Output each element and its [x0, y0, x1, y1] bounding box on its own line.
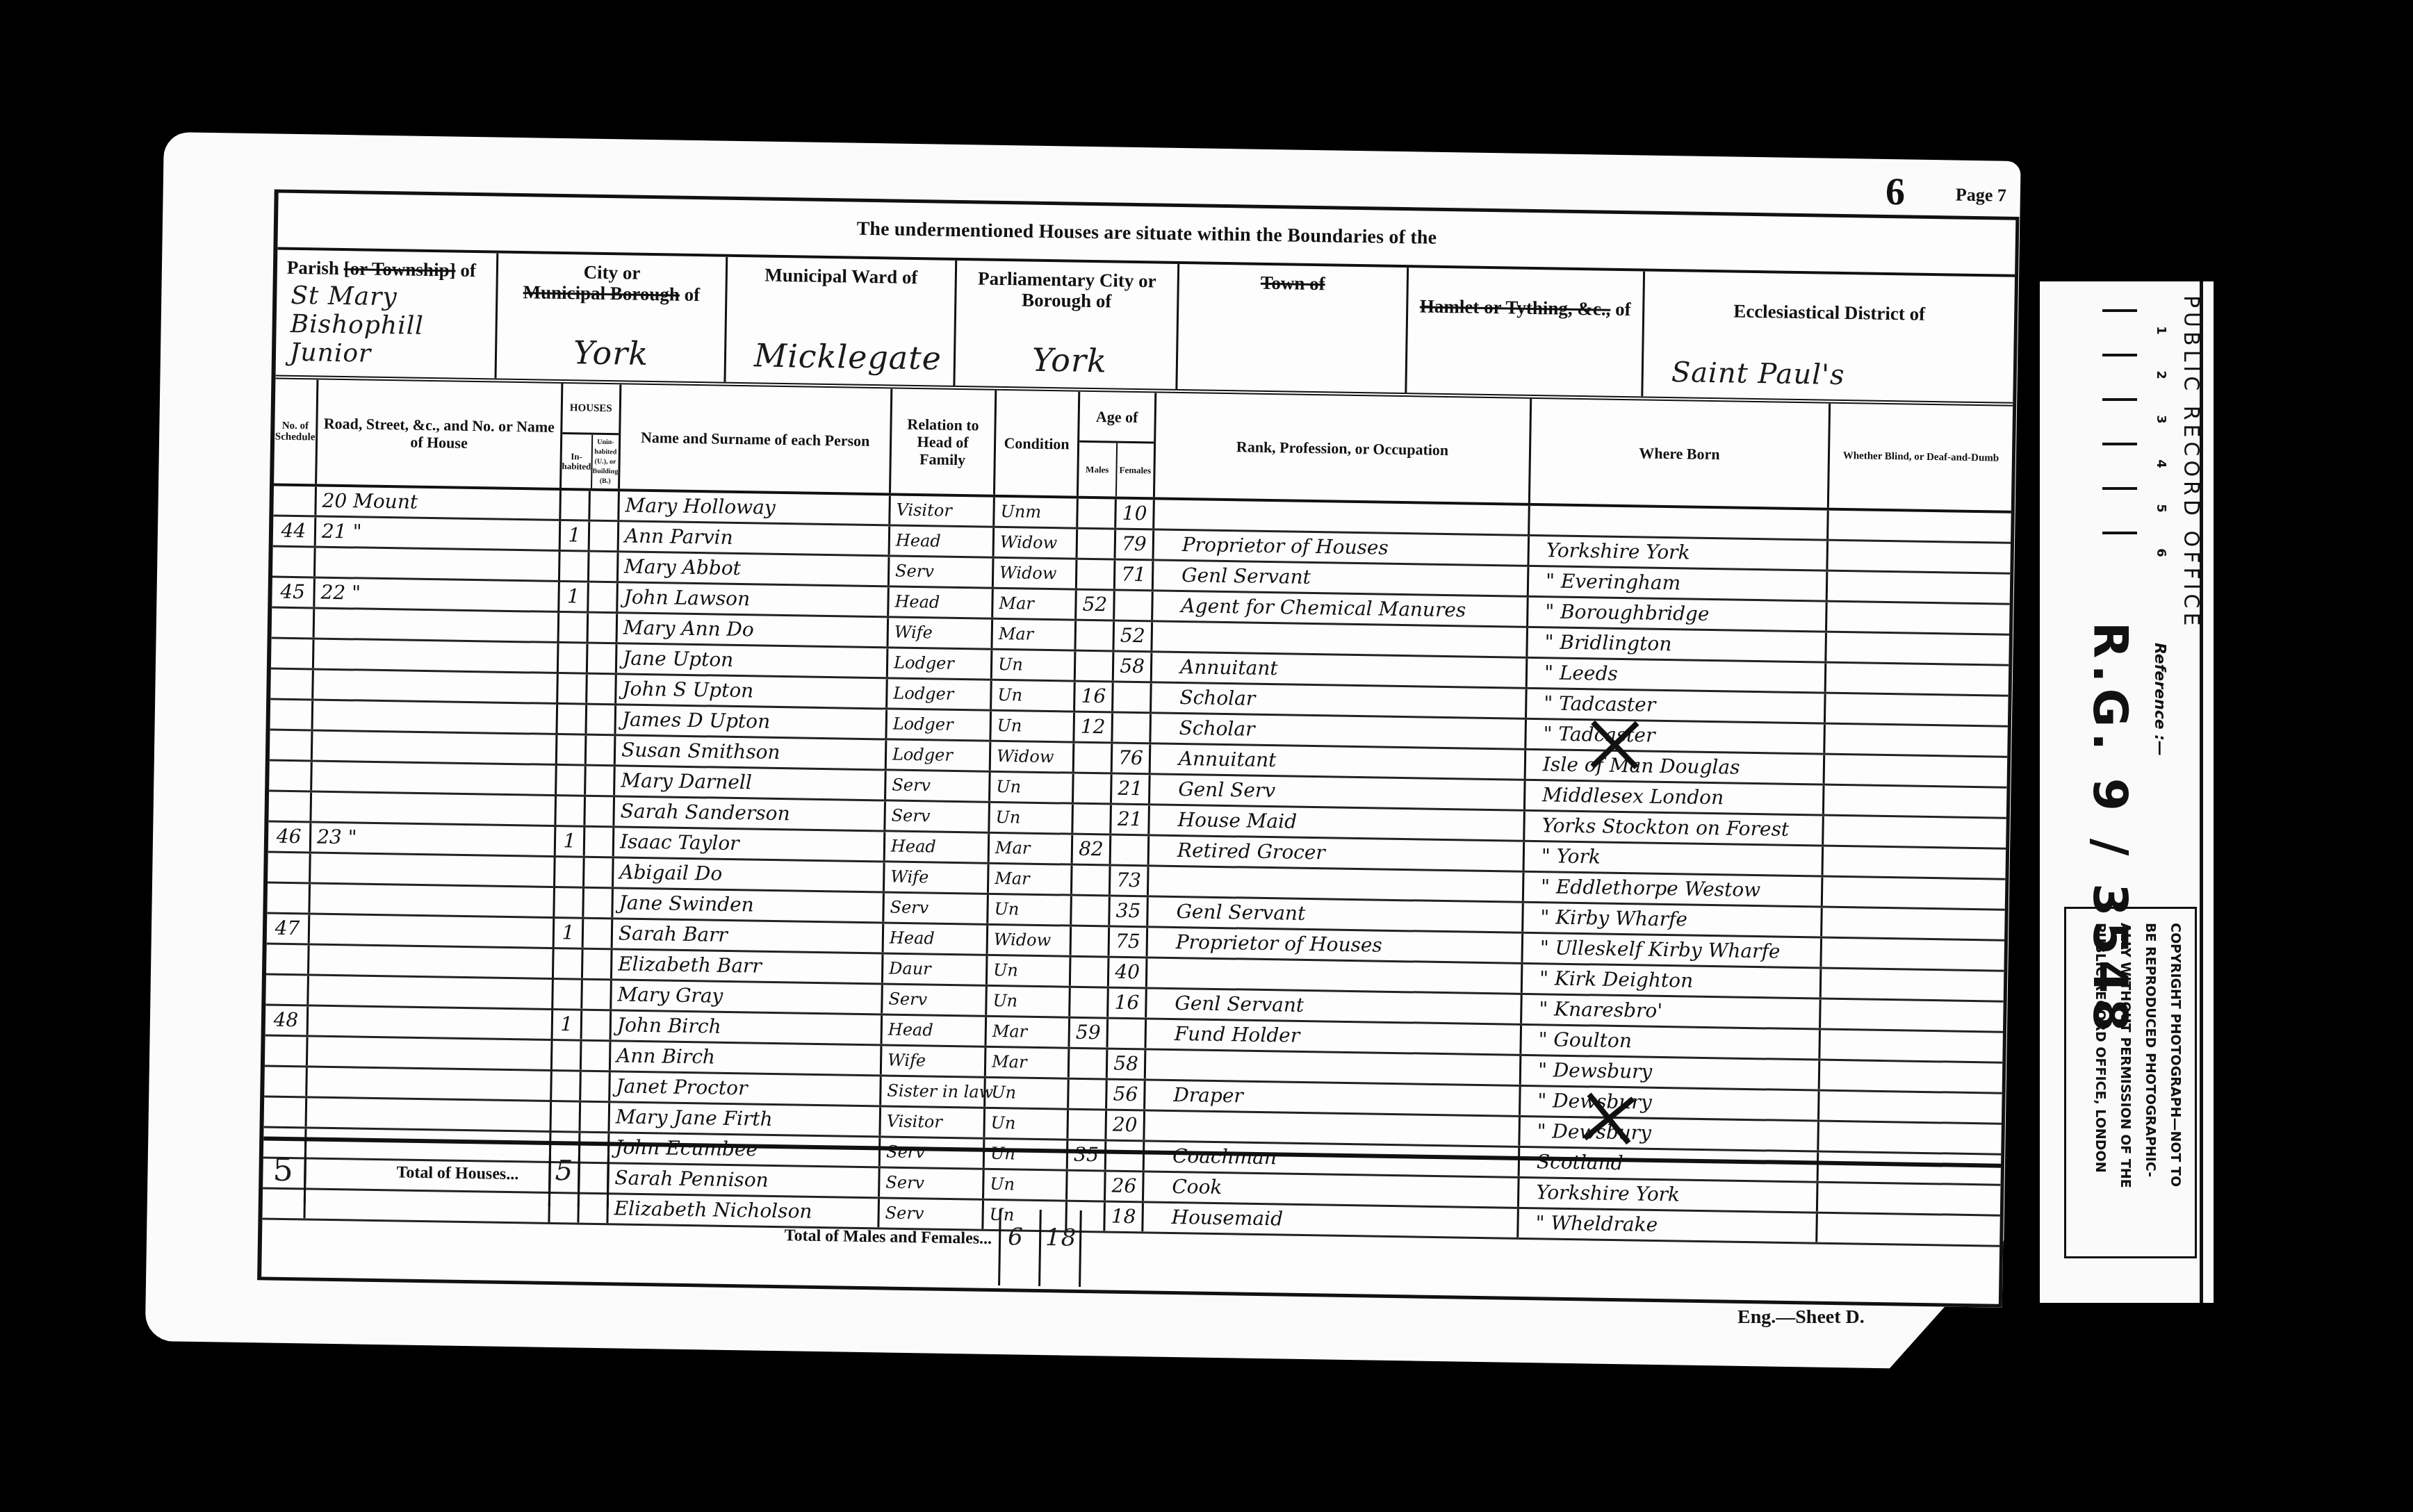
- blind-deaf-dumb: [1826, 694, 2009, 725]
- blind-deaf-dumb: [1828, 572, 2011, 603]
- person-name: Mary Abbot: [619, 552, 890, 585]
- ruler-label: 4: [2154, 459, 2168, 468]
- header-uninhabited: Unin-habited (U.), or Building (B.): [591, 435, 619, 489]
- birthplace: " Kirk Deighton: [1523, 964, 1822, 998]
- road-address: [313, 670, 559, 702]
- schedule-number: [267, 883, 311, 912]
- road-address: [311, 853, 556, 886]
- house-uninhabited: [587, 705, 616, 734]
- copyright-line: BE REPRODUCED PHOTOGRAPHIC-: [2138, 923, 2163, 1188]
- birthplace: Middlesex London: [1525, 781, 1825, 814]
- total-schedules: 5: [272, 1151, 294, 1188]
- reference-label: Reference :—: [2151, 643, 2168, 756]
- blind-deaf-dumb: [1822, 939, 2004, 970]
- house-uninhabited: [584, 889, 614, 918]
- ruler-tick: [2102, 398, 2137, 401]
- person-name: Mary Gray: [612, 980, 883, 1013]
- reference-strip-frame: PUBLIC RECORD OFFICE 123456 Reference :—…: [2054, 281, 2203, 1303]
- road-address: [311, 792, 557, 825]
- houses-inhabited-cell: 5: [550, 1145, 580, 1207]
- occupation: Fund Holder: [1146, 1019, 1522, 1053]
- city-label: City or Municipal Borough of: [507, 261, 716, 306]
- marital-condition: Mar: [986, 1017, 1070, 1047]
- header-name: Name and Surname of each Person: [620, 384, 892, 493]
- age-female: 16: [1109, 989, 1147, 1018]
- person-name: John Birch: [612, 1011, 883, 1044]
- blind-deaf-dumb: [1820, 1030, 2003, 1062]
- person-name: John S Upton: [616, 675, 888, 707]
- age-male: 52: [1077, 591, 1115, 620]
- marital-condition: Widow: [988, 926, 1072, 955]
- schedule-number: [271, 639, 315, 668]
- blind-deaf-dumb: [1825, 755, 2008, 787]
- town-cell: Town of: [1177, 264, 1409, 393]
- house-inhabited: [553, 1041, 582, 1070]
- schedule-number: 44: [273, 517, 317, 546]
- age-male: [1073, 805, 1112, 834]
- house-inhabited: [561, 491, 591, 520]
- marital-condition: Un: [988, 956, 1072, 986]
- road-address: [310, 914, 555, 947]
- occupation: [1149, 866, 1525, 901]
- schedule-number: [265, 1036, 309, 1065]
- blind-deaf-dumb: [1823, 847, 2006, 878]
- header-females: Females: [1115, 443, 1154, 498]
- blind-deaf-dumb: [1824, 786, 2007, 817]
- persons-total-label: Total of Males and Females...: [785, 1226, 992, 1249]
- road-address: [307, 1067, 553, 1100]
- person-name: Sarah Sanderson: [614, 797, 886, 830]
- house-uninhabited: [588, 644, 618, 673]
- birthplace: " Everingham: [1529, 567, 1829, 600]
- occupation: Scholar: [1152, 683, 1528, 717]
- house-inhabited: [553, 980, 583, 1009]
- birthplace: " Tadcaster: [1527, 689, 1826, 723]
- person-name: Ann Parvin: [619, 522, 891, 554]
- occupation: Proprietor of Houses: [1154, 530, 1530, 564]
- road-address: [310, 884, 555, 917]
- ruler-label: 2: [2154, 370, 2168, 379]
- blind-deaf-dumb: [1819, 1092, 2002, 1123]
- age-female: 58: [1108, 1050, 1147, 1079]
- blind-deaf-dumb: [1827, 602, 2010, 634]
- household-rows: 20 MountMary HollowayVisitorUnm104421 "1…: [262, 486, 2011, 1247]
- marital-condition: Un: [992, 650, 1077, 680]
- schedule-number: [270, 670, 314, 699]
- marital-condition: Mar: [989, 864, 1073, 894]
- age-male: 12: [1074, 713, 1113, 742]
- marital-condition: Widow: [991, 742, 1075, 772]
- parish-label: Parish [or Township] of: [287, 257, 486, 281]
- occupation: Annuitant: [1151, 744, 1527, 778]
- house-inhabited: [557, 735, 587, 764]
- relation-to-head: Visitor: [881, 1107, 985, 1137]
- age-female: 21: [1111, 805, 1150, 835]
- occupation: Agent for Chemical Manures: [1153, 591, 1529, 625]
- blind-deaf-dumb: [1819, 1122, 2002, 1153]
- age-male: [1072, 927, 1111, 956]
- header-schedule: No. of Schedule: [274, 379, 318, 484]
- ruler-label: 3: [2154, 415, 2168, 424]
- ruler-tick: [2102, 532, 2137, 534]
- occupation: [1147, 958, 1523, 992]
- road-address: [313, 731, 558, 764]
- occupation: Draper: [1145, 1080, 1521, 1115]
- birthplace: " Eddlethorpe Westow: [1524, 873, 1824, 906]
- relation-to-head: Serv: [885, 801, 990, 831]
- road-address: [308, 1037, 553, 1069]
- road-address: 22 ": [315, 579, 560, 611]
- age-female: [1115, 591, 1154, 621]
- relation-to-head: Head: [884, 923, 989, 953]
- age-male: [1071, 958, 1110, 987]
- age-male: 59: [1070, 1019, 1109, 1048]
- road-address: 21 ": [316, 518, 562, 550]
- occupation: Scholar: [1151, 714, 1527, 748]
- person-name: Mary Holloway: [619, 491, 891, 524]
- total-males: 6: [1008, 1223, 1024, 1251]
- house-uninhabited: [582, 1011, 612, 1040]
- house-uninhabited: [589, 614, 619, 643]
- house-inhabited: [555, 857, 585, 887]
- age-male: [1072, 866, 1111, 895]
- schedule-number: [270, 731, 313, 760]
- relation-to-head: Serv: [883, 985, 988, 1014]
- age-male: [1077, 560, 1116, 589]
- birthplace: " Tadcaster: [1526, 720, 1826, 753]
- schedule-number: 48: [265, 1005, 309, 1035]
- road-address: [313, 700, 559, 733]
- house-uninhabited: [587, 675, 617, 704]
- marital-condition: Un: [988, 895, 1072, 925]
- house-inhabited: [560, 552, 590, 581]
- age-female: 56: [1107, 1080, 1146, 1109]
- house-inhabited: [556, 796, 586, 825]
- age-female: 52: [1114, 622, 1153, 651]
- person-name: John Lawson: [618, 583, 890, 616]
- relation-to-head: Serv: [890, 557, 995, 586]
- house-inhabited: [555, 888, 584, 917]
- schedule-number: 45: [272, 578, 316, 607]
- blind-deaf-dumb: [1826, 633, 2009, 664]
- reference-strip: PUBLIC RECORD OFFICE 123456 Reference :—…: [2040, 281, 2214, 1303]
- census-form: The undermentioned Houses are situate wi…: [257, 190, 2019, 1308]
- copyright-line: ALLY WITHOUT PERMISSION OF THE: [2113, 923, 2138, 1188]
- age-male: 82: [1073, 835, 1112, 864]
- house-inhabited: 1: [561, 521, 591, 550]
- schedule-number: [264, 1067, 308, 1096]
- ruler-label: 6: [2154, 548, 2168, 557]
- blind-deaf-dumb: [1829, 511, 2011, 542]
- ruler-tick: [2102, 354, 2137, 356]
- header-condition: Condition: [995, 391, 1080, 496]
- age-female: 10: [1116, 500, 1155, 529]
- schedule-number: [265, 975, 309, 1004]
- copyright-line: COPYRIGHT PHOTOGRAPH—NOT TO: [2163, 923, 2188, 1188]
- schedule-number: [264, 1097, 308, 1126]
- parish-cell: Parish [or Township] of St Mary Bishophi…: [276, 250, 499, 379]
- house-inhabited: 1: [556, 827, 586, 856]
- ecclesiastical-label: Ecclesiastical District of: [1654, 299, 2004, 326]
- header-occupation: Rank, Profession, or Occupation: [1155, 393, 1532, 502]
- ruler-label: 5: [2154, 504, 2168, 513]
- copyright-line: PUBLIC RECORD OFFICE, LONDON: [2088, 923, 2113, 1188]
- occupation: Annuitant: [1152, 652, 1528, 687]
- occupation: Genl Servant: [1154, 561, 1530, 595]
- age-female: [1113, 683, 1152, 712]
- person-name: Mary Darnell: [615, 766, 887, 799]
- age-female: 58: [1114, 652, 1153, 682]
- house-inhabited: [557, 766, 587, 795]
- relation-to-head: Lodger: [887, 740, 992, 770]
- header-males: Males: [1079, 443, 1116, 497]
- house-uninhabited: [589, 552, 619, 582]
- occupation: [1145, 1111, 1521, 1145]
- header-relation: Relation to Head of Family: [891, 389, 997, 495]
- ruler-tick: [2102, 309, 2137, 312]
- ward-value: Micklegate: [754, 336, 942, 377]
- person-name: James D Upton: [616, 705, 888, 738]
- road-address: [309, 976, 554, 1008]
- age-female: 76: [1113, 744, 1152, 773]
- relation-to-head: Sister in law: [881, 1076, 986, 1106]
- age-male: [1070, 988, 1109, 1017]
- census-sheet: The undermentioned Houses are situate wi…: [145, 132, 2021, 1370]
- house-uninhabited: [590, 522, 620, 551]
- houses-uninhabited-cell: [580, 1146, 610, 1208]
- copyright-notice: COPYRIGHT PHOTOGRAPH—NOT TOBE REPRODUCED…: [2088, 923, 2188, 1188]
- header-blind: Whether Blind, or Deaf-and-Dumb: [1829, 404, 2013, 511]
- age-female: 21: [1112, 775, 1151, 804]
- house-uninhabited: [582, 1042, 612, 1071]
- blind-deaf-dumb: [1824, 816, 2006, 848]
- age-male: [1076, 652, 1115, 681]
- ruler-tick: [2102, 443, 2137, 445]
- relation-to-head: Serv: [884, 893, 989, 923]
- hamlet-label: Hamlet or Tything, &c., of: [1418, 295, 1633, 320]
- birthplace: " Dewsbury: [1521, 1056, 1821, 1090]
- age-female: [1113, 714, 1152, 743]
- birthplace: " Boroughbridge: [1528, 598, 1828, 631]
- person-name: Ann Birch: [611, 1042, 883, 1074]
- scale-ruler: 123456: [2102, 295, 2179, 587]
- schedule-number: [266, 944, 310, 973]
- header-inhabited: In-habited: [562, 434, 591, 488]
- house-inhabited: [557, 705, 587, 734]
- relation-to-head: Lodger: [888, 648, 993, 678]
- page-number: Page 7: [1956, 185, 2006, 206]
- blind-deaf-dumb: [1826, 664, 2009, 695]
- road-address: [315, 609, 560, 641]
- houses-total-label: Total of Houses...: [396, 1163, 518, 1184]
- road-address: 23 ": [311, 823, 557, 855]
- occupation: Genl Servant: [1147, 989, 1523, 1023]
- town-label: Town of: [1189, 271, 1397, 295]
- blind-deaf-dumb: [1825, 725, 2008, 756]
- relation-to-head: Wife: [885, 862, 990, 892]
- birthplace: " Dewsbury: [1521, 1087, 1820, 1120]
- schedule-number: [269, 761, 313, 790]
- road-address: [316, 548, 561, 581]
- marital-condition: Un: [985, 1109, 1069, 1139]
- marital-condition: Un: [987, 987, 1071, 1017]
- age-female: 35: [1110, 897, 1149, 926]
- person-name: Jane Swinden: [613, 889, 885, 921]
- schedule-number: [273, 486, 317, 516]
- birthplace: " Knaresbro': [1522, 995, 1822, 1028]
- person-name: Abigail Do: [614, 858, 885, 891]
- birthplace: " Leeds: [1528, 659, 1827, 692]
- schedule-number: [270, 700, 314, 730]
- person-name: Mary Ann Do: [618, 614, 890, 646]
- marital-condition: Un: [992, 681, 1076, 711]
- house-uninhabited: [584, 919, 614, 948]
- birthplace: " Goulton: [1521, 1026, 1821, 1059]
- road-address: 20 Mount: [316, 487, 562, 520]
- schedule-number: [272, 548, 316, 577]
- age-male: 16: [1075, 682, 1114, 712]
- ward-cell: Municipal Ward of Micklegate: [726, 257, 957, 386]
- person-name: Mary Jane Firth: [610, 1103, 881, 1135]
- house-uninhabited: [585, 828, 615, 857]
- marital-condition: Mar: [986, 1048, 1070, 1078]
- relation-to-head: Wife: [888, 618, 993, 648]
- house-uninhabited: [582, 980, 612, 1010]
- parliamentary-label: Parliamentary City or Borough of: [966, 268, 1168, 313]
- marital-condition: Mar: [992, 620, 1077, 650]
- age-male: [1078, 529, 1117, 559]
- birthplace: " Bridlington: [1528, 628, 1827, 661]
- occupation: [1154, 500, 1530, 534]
- total-schedules-cell: 5: [263, 1140, 306, 1202]
- schedule-number: 46: [268, 822, 312, 851]
- house-inhabited: [558, 674, 588, 703]
- age-female: [1108, 1019, 1147, 1049]
- person-name: Sarah Barr: [613, 919, 885, 952]
- house-inhabited: [554, 949, 584, 978]
- birthplace: [1530, 506, 1829, 539]
- occupation: Retired Grocer: [1150, 836, 1525, 870]
- total-females-cell: 18: [1040, 1210, 1082, 1287]
- blind-deaf-dumb: [1828, 541, 2011, 573]
- schedule-number: 47: [267, 914, 311, 943]
- marital-condition: Un: [991, 712, 1075, 741]
- occupation: [1146, 1050, 1522, 1084]
- occupation: Genl Serv: [1150, 775, 1526, 809]
- relation-to-head: Daur: [883, 954, 988, 984]
- total-males-cell: 6: [998, 1209, 1042, 1286]
- header-houses: HOUSES In-habited Unin-habited (U.), or …: [562, 384, 621, 488]
- birthplace: " Kirby Wharfe: [1523, 903, 1823, 937]
- marital-condition: Mar: [990, 834, 1074, 864]
- houses-label-cell: Total of Houses...: [306, 1141, 551, 1206]
- city-cell: City or Municipal Borough of York: [496, 254, 728, 382]
- age-male: [1069, 1080, 1108, 1109]
- age-female: 73: [1111, 866, 1150, 896]
- marital-condition: Widow: [995, 528, 1079, 558]
- house-inhabited: [551, 1102, 581, 1131]
- road-address: [314, 639, 559, 672]
- age-male: [1072, 896, 1111, 926]
- person-name: Isaac Taylor: [614, 828, 886, 860]
- occupation: [1152, 622, 1528, 656]
- road-address: [307, 1098, 553, 1131]
- person-name: Susan Smithson: [616, 736, 888, 769]
- birthplace: Isle of Man Douglas: [1526, 750, 1826, 784]
- relation-to-head: Head: [883, 1015, 988, 1045]
- hamlet-cell: Hamlet or Tything, &c., of: [1407, 268, 1645, 396]
- age-male: [1074, 774, 1113, 803]
- schedule-number: [268, 791, 312, 821]
- house-uninhabited: [581, 1072, 611, 1101]
- age-female: 75: [1110, 928, 1149, 957]
- age-male: [1068, 1110, 1107, 1140]
- house-uninhabited: [584, 858, 614, 887]
- age-male: [1078, 499, 1117, 528]
- blind-deaf-dumb: [1821, 1000, 2004, 1031]
- ward-label: Municipal Ward of: [737, 264, 945, 288]
- folio-number: 6: [1885, 170, 1905, 214]
- parish-value: St Mary Bishophill Junior: [290, 281, 496, 370]
- age-male: [1070, 1049, 1109, 1078]
- ruler-label: 1: [2154, 326, 2168, 335]
- road-address: [309, 1006, 554, 1039]
- birthplace: " Dewsbury: [1520, 1117, 1819, 1151]
- person-name: Janet Proctor: [610, 1072, 882, 1105]
- age-female: 71: [1115, 561, 1154, 590]
- blind-deaf-dumb: [1822, 908, 2005, 939]
- house-uninhabited: [583, 950, 613, 979]
- person-name: Elizabeth Barr: [612, 950, 884, 983]
- house-inhabited: [552, 1071, 582, 1101]
- age-female: [1111, 836, 1150, 865]
- birthplace: Yorks Stockton on Forest: [1525, 812, 1824, 845]
- age-female: 20: [1106, 1110, 1145, 1140]
- house-inhabited: 1: [553, 1010, 583, 1039]
- header-road: Road, Street, &c., and No. or Name of Ho…: [317, 380, 563, 488]
- marital-condition: Un: [990, 773, 1074, 803]
- header-age: Age of Males Females: [1079, 392, 1156, 498]
- age-male: [1074, 743, 1113, 773]
- relation-to-head: Visitor: [890, 495, 995, 525]
- sheet-footer: Eng.—Sheet D.: [1737, 1306, 1865, 1329]
- relation-to-head: Wife: [882, 1046, 987, 1076]
- persons-label-cell: Total of Males and Females...: [261, 1197, 999, 1285]
- house-uninhabited: [589, 583, 619, 612]
- relation-to-head: Lodger: [888, 679, 992, 709]
- house-uninhabited: [587, 736, 616, 765]
- blind-deaf-dumb: [1822, 969, 2004, 1001]
- copyright-box: COPYRIGHT PHOTOGRAPH—NOT TOBE REPRODUCED…: [2064, 907, 2197, 1258]
- age-male: [1076, 621, 1115, 650]
- relation-to-head: Serv: [886, 771, 991, 800]
- relation-to-head: Head: [885, 832, 990, 862]
- house-uninhabited: [585, 797, 615, 826]
- ecclesiastical-cell: Ecclesiastical District of Saint Paul's: [1643, 271, 2015, 402]
- schedule-number: [272, 609, 316, 638]
- age-female: 79: [1116, 530, 1155, 559]
- ecclesiastical-value: Saint Paul's: [1671, 356, 1844, 391]
- marital-condition: Un: [985, 1078, 1070, 1108]
- marital-condition: Mar: [993, 589, 1077, 619]
- road-address: [312, 762, 557, 794]
- blind-deaf-dumb: [1823, 878, 2006, 909]
- marital-condition: Un: [990, 803, 1074, 833]
- parliamentary-cell: Parliamentary City or Borough of York: [955, 261, 1179, 389]
- house-inhabited: [559, 613, 589, 642]
- occupation: Genl Servant: [1148, 897, 1524, 931]
- house-uninhabited: [586, 766, 616, 796]
